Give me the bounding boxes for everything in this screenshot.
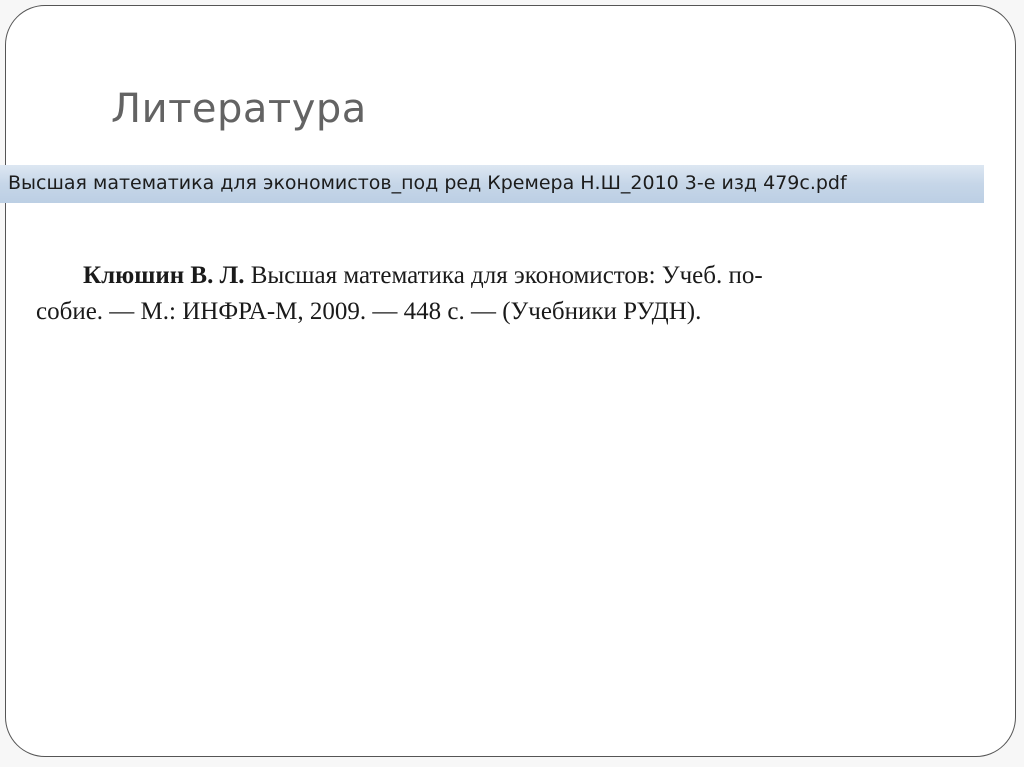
citation-author: Клюшин В. Л. — [83, 262, 244, 289]
citation-title: Высшая математика для экономистов: Учеб.… — [244, 262, 762, 289]
citation-publication-info: собие. — М.: ИНФРА-М, 2009. — 448 с. — (… — [36, 294, 876, 330]
file-name: Высшая математика для экономистов_под ре… — [8, 172, 847, 194]
file-name-bar: Высшая математика для экономистов_под ре… — [0, 165, 984, 203]
bibliographic-citation: Клюшин В. Л. Высшая математика для эконо… — [36, 258, 876, 330]
slide-title: Литература — [111, 86, 367, 132]
